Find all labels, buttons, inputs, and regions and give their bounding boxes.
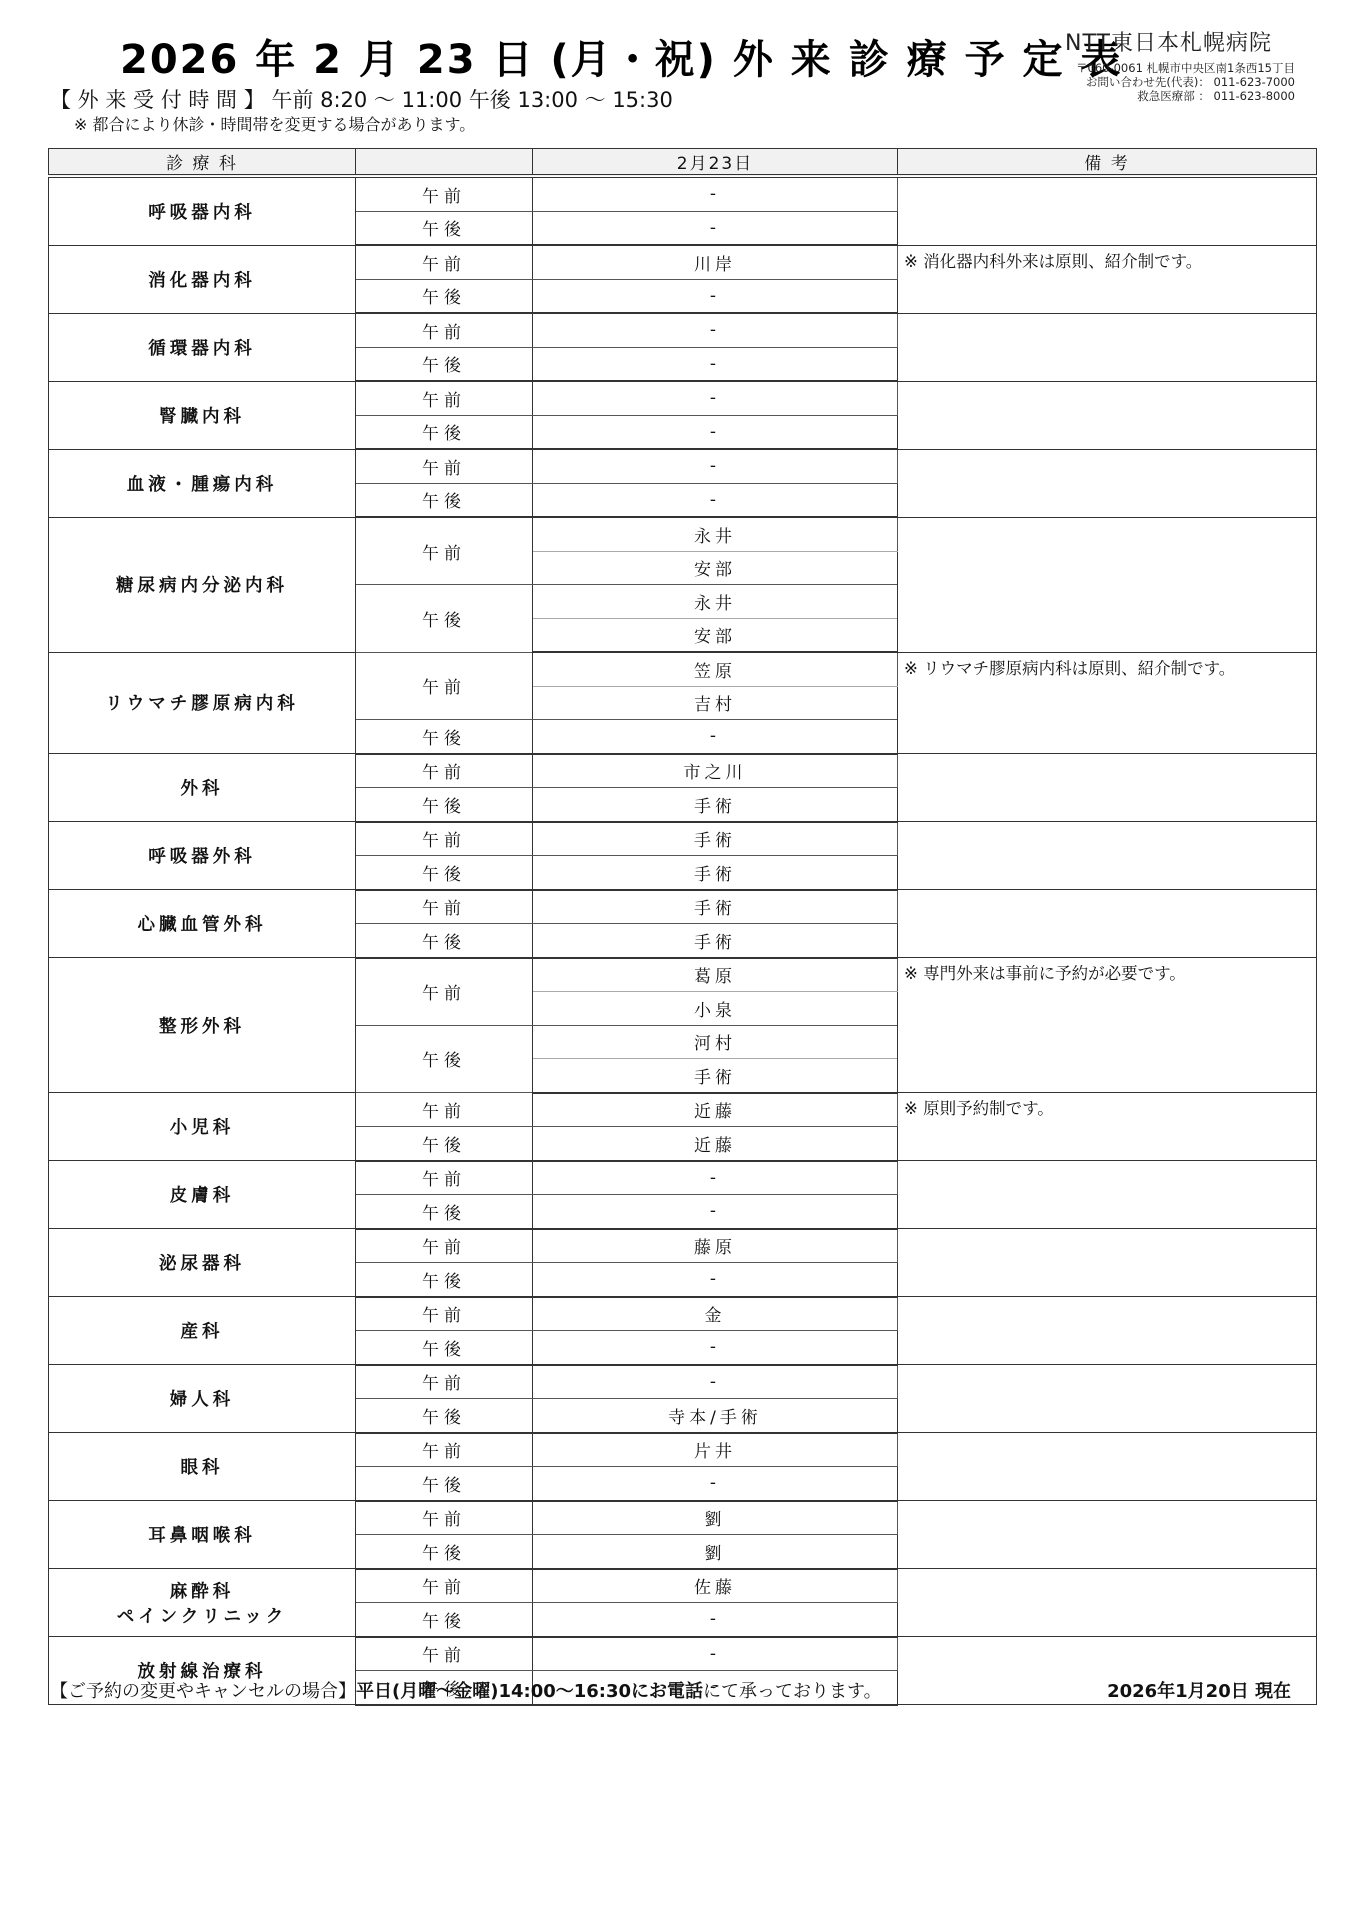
footer-change-label: 【ご予約の変更やキャンセルの場合】	[50, 1681, 356, 1702]
page-title: 2026 年 2 月 23 日 (月・祝) 外 来 診 療 予 定 表	[120, 28, 1122, 85]
doctor-cell: 手術	[533, 822, 898, 856]
remark-cell	[898, 449, 1317, 517]
remark-cell: ※ 消化器内科外来は原則、紹介制です。	[898, 245, 1317, 313]
table-row: 呼吸器外科午前手術	[49, 822, 1317, 856]
department-name: 血液・腫瘍内科	[49, 449, 356, 517]
time-slot: 午前	[356, 1637, 533, 1671]
department-name: 泌尿器科	[49, 1229, 356, 1297]
table-row: 婦人科午前-	[49, 1365, 1317, 1399]
table-header-row: 診 療 科 2月23日 備 考	[49, 149, 1317, 177]
remark-cell	[898, 1501, 1317, 1569]
table-row: 外科午前市之川	[49, 754, 1317, 788]
time-slot: 午前	[356, 1433, 533, 1467]
remark-cell	[898, 381, 1317, 449]
doctor-cell: 近藤	[533, 1093, 898, 1127]
department-name: 腎臓内科	[49, 381, 356, 449]
doctor-cell: 劉	[533, 1535, 898, 1569]
doctor-cell: -	[533, 381, 898, 415]
remark-cell	[898, 1161, 1317, 1229]
department-name: 心臓血管外科	[49, 890, 356, 958]
remark-cell: ※ 原則予約制です。	[898, 1093, 1317, 1161]
doctor-cell: 金	[533, 1297, 898, 1331]
department-name: 呼吸器内科	[49, 176, 356, 245]
time-slot: 午前	[356, 1365, 533, 1399]
column-header-department: 診 療 科	[49, 149, 356, 177]
time-slot: 午前	[356, 754, 533, 788]
table-row: 心臓血管外科午前手術	[49, 890, 1317, 924]
doctor-cell: 川岸	[533, 245, 898, 279]
doctor-cell: 葛原	[533, 958, 898, 992]
department-name: 外科	[49, 754, 356, 822]
time-slot: 午後	[356, 1263, 533, 1297]
doctor-cell: -	[533, 1365, 898, 1399]
doctor-cell: 永井	[533, 517, 898, 551]
department-name: 循環器内科	[49, 313, 356, 381]
department-name: 消化器内科	[49, 245, 356, 313]
department-name: 産科	[49, 1297, 356, 1365]
department-name: 麻酔科 ペインクリニック	[49, 1569, 356, 1637]
time-slot: 午後	[356, 1467, 533, 1501]
time-slot: 午後	[356, 720, 533, 754]
table-row: 泌尿器科午前藤原	[49, 1229, 1317, 1263]
department-name: 眼科	[49, 1433, 356, 1501]
remark-cell	[898, 1433, 1317, 1501]
time-slot: 午前	[356, 822, 533, 856]
doctor-cell: 手術	[533, 788, 898, 822]
doctor-cell: -	[533, 1161, 898, 1195]
remark-cell	[898, 1365, 1317, 1433]
time-slot: 午後	[356, 1603, 533, 1637]
remark-cell	[898, 1297, 1317, 1365]
table-row: リウマチ膠原病内科午前笠原※ リウマチ膠原病内科は原則、紹介制です。	[49, 652, 1317, 686]
doctor-cell: 河村	[533, 1025, 898, 1059]
doctor-cell: 手術	[533, 924, 898, 958]
table-row: 腎臓内科午前-	[49, 381, 1317, 415]
schedule-body: 呼吸器内科午前-午後-消化器内科午前川岸※ 消化器内科外来は原則、紹介制です。午…	[49, 176, 1317, 1705]
doctor-cell: -	[533, 1637, 898, 1671]
remark-cell	[898, 890, 1317, 958]
doctor-cell: -	[533, 483, 898, 517]
contact-emergency-phone: 救急医療部 ： 011-623-8000	[1137, 88, 1295, 104]
time-slot: 午後	[356, 1399, 533, 1433]
doctor-cell: 安部	[533, 618, 898, 652]
doctor-cell: -	[533, 720, 898, 754]
time-slot: 午後	[356, 211, 533, 245]
doctor-cell: -	[533, 1195, 898, 1229]
hospital-name: NTT東日本札幌病院	[1065, 26, 1272, 57]
doctor-cell: 片井	[533, 1433, 898, 1467]
table-row: 整形外科午前葛原※ 専門外来は事前に予約が必要です。	[49, 958, 1317, 992]
doctor-cell: -	[533, 449, 898, 483]
time-slot: 午後	[356, 924, 533, 958]
doctor-cell: -	[533, 1467, 898, 1501]
doctor-cell: -	[533, 211, 898, 245]
doctor-cell: -	[533, 415, 898, 449]
doctor-cell: 近藤	[533, 1127, 898, 1161]
time-slot: 午後	[356, 483, 533, 517]
time-slot: 午前	[356, 1229, 533, 1263]
doctor-cell: 藤原	[533, 1229, 898, 1263]
table-row: 血液・腫瘍内科午前-	[49, 449, 1317, 483]
remark-cell: ※ 専門外来は事前に予約が必要です。	[898, 958, 1317, 1093]
time-slot: 午前	[356, 449, 533, 483]
remark-cell	[898, 176, 1317, 245]
doctor-cell: -	[533, 1263, 898, 1297]
footer-change-hours: 平日(月曜～金曜)14:00～16:30にお電話	[356, 1681, 703, 1702]
department-name: 呼吸器外科	[49, 822, 356, 890]
time-slot: 午後	[356, 279, 533, 313]
time-slot: 午前	[356, 1161, 533, 1195]
department-name: 婦人科	[49, 1365, 356, 1433]
department-name: 耳鼻咽喉科	[49, 1501, 356, 1569]
time-slot: 午後	[356, 1127, 533, 1161]
remark-cell	[898, 822, 1317, 890]
as-of-date: 2026年1月20日 現在	[1107, 1677, 1291, 1703]
doctor-cell: 市之川	[533, 754, 898, 788]
time-slot: 午前	[356, 245, 533, 279]
doctor-cell: -	[533, 313, 898, 347]
time-slot: 午前	[356, 176, 533, 211]
time-slot: 午前	[356, 958, 533, 1026]
table-row: 産科午前金	[49, 1297, 1317, 1331]
table-row: 循環器内科午前-	[49, 313, 1317, 347]
doctor-cell: 劉	[533, 1501, 898, 1535]
time-slot: 午前	[356, 1569, 533, 1603]
time-slot: 午前	[356, 652, 533, 720]
doctor-cell: -	[533, 1603, 898, 1637]
time-slot: 午前	[356, 313, 533, 347]
doctor-cell: 手術	[533, 890, 898, 924]
schedule-change-notice: ※ 都合により休診・時間帯を変更する場合があります。	[74, 112, 475, 135]
department-name: 整形外科	[49, 958, 356, 1093]
footer-change-info: 【ご予約の変更やキャンセルの場合】平日(月曜～金曜)14:00～16:30にお電…	[50, 1677, 882, 1703]
time-slot: 午前	[356, 1093, 533, 1127]
table-row: 眼科午前片井	[49, 1433, 1317, 1467]
table-row: 呼吸器内科午前-	[49, 176, 1317, 211]
time-slot: 午前	[356, 517, 533, 585]
footer-change-suffix: にて承っております。	[703, 1681, 882, 1702]
doctor-cell: -	[533, 279, 898, 313]
doctor-cell: 手術	[533, 856, 898, 890]
department-name: リウマチ膠原病内科	[49, 652, 356, 754]
remark-cell: ※ リウマチ膠原病内科は原則、紹介制です。	[898, 652, 1317, 754]
doctor-cell: 佐藤	[533, 1569, 898, 1603]
time-slot: 午後	[356, 585, 533, 653]
table-row: 小児科午前近藤※ 原則予約制です。	[49, 1093, 1317, 1127]
time-slot: 午後	[356, 347, 533, 381]
department-name: 小児科	[49, 1093, 356, 1161]
doctor-cell: 永井	[533, 585, 898, 619]
doctor-cell: -	[533, 1331, 898, 1365]
doctor-cell: 安部	[533, 551, 898, 585]
doctor-cell: 小泉	[533, 992, 898, 1026]
doctor-cell: 手術	[533, 1059, 898, 1093]
remark-cell	[898, 313, 1317, 381]
schedule-table: 診 療 科 2月23日 備 考 呼吸器内科午前-午後-消化器内科午前川岸※ 消化…	[48, 148, 1317, 1706]
table-row: 放射線治療科午前-	[49, 1637, 1317, 1671]
doctor-cell: 寺本/手術	[533, 1399, 898, 1433]
column-header-date: 2月23日	[533, 149, 898, 177]
time-slot: 午前	[356, 1501, 533, 1535]
remark-cell	[898, 1569, 1317, 1637]
doctor-cell: 笠原	[533, 652, 898, 686]
table-row: 消化器内科午前川岸※ 消化器内科外来は原則、紹介制です。	[49, 245, 1317, 279]
table-row: 皮膚科午前-	[49, 1161, 1317, 1195]
remark-cell	[898, 754, 1317, 822]
time-slot: 午後	[356, 1331, 533, 1365]
time-slot: 午後	[356, 788, 533, 822]
table-row: 糖尿病内分泌内科午前永井	[49, 517, 1317, 551]
time-slot: 午後	[356, 1025, 533, 1093]
doctor-cell: -	[533, 176, 898, 211]
department-name: 糖尿病内分泌内科	[49, 517, 356, 652]
time-slot: 午後	[356, 1195, 533, 1229]
remark-cell	[898, 1229, 1317, 1297]
time-slot: 午後	[356, 856, 533, 890]
column-header-time	[356, 149, 533, 177]
department-name: 皮膚科	[49, 1161, 356, 1229]
table-row: 麻酔科 ペインクリニック午前佐藤	[49, 1569, 1317, 1603]
reception-hours: 【 外 来 受 付 時 間 】 午前 8:20 ～ 11:00 午後 13:00…	[50, 84, 673, 114]
time-slot: 午後	[356, 415, 533, 449]
doctor-cell: 吉村	[533, 686, 898, 720]
table-row: 耳鼻咽喉科午前劉	[49, 1501, 1317, 1535]
remark-cell	[898, 517, 1317, 652]
column-header-remarks: 備 考	[898, 149, 1317, 177]
doctor-cell: -	[533, 347, 898, 381]
time-slot: 午前	[356, 381, 533, 415]
time-slot: 午後	[356, 1535, 533, 1569]
time-slot: 午前	[356, 890, 533, 924]
time-slot: 午前	[356, 1297, 533, 1331]
